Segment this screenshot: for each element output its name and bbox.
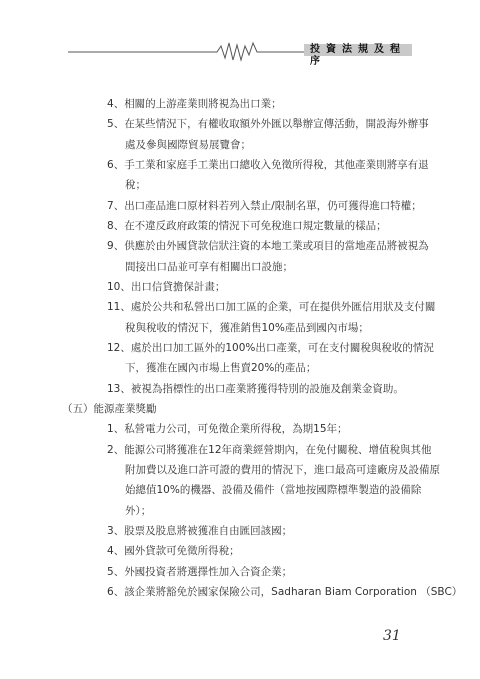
- list-item-continuation: 附加費以及進口許可證的費用的情況下，進口最高可達廠房及設備原: [125, 463, 440, 477]
- list-item-continuation: 稅與稅收的情況下，獲准銷售10%產品到國內市場；: [125, 321, 369, 335]
- list-item: 5、外國投資者將選擇性加入合資企業；: [107, 565, 292, 579]
- list-item: 2、能源公司將獲准在12年商業經營期內，在免付關稅、增值稅與其他: [107, 443, 432, 457]
- list-item: 8、在不違反政府政策的情況下可免稅進口規定數量的樣品；: [107, 219, 387, 233]
- list-item: 3、股票及股息將被獲准自由匯回該國；: [107, 524, 292, 538]
- list-item: 7、出口產品進口原材料若列入禁止/限制名單，仍可獲得進口特權；: [107, 199, 422, 213]
- section-label: 投資法規及程序: [304, 44, 412, 56]
- list-item-continuation: 間接出口品並可享有相關出口設施；: [125, 260, 293, 274]
- list-item: 5、在某些情況下，有權收取額外外匯以舉辦宣傳活動，開設海外辦事: [107, 117, 429, 131]
- list-item-continuation: 稅；: [125, 178, 146, 192]
- list-item: 11、處於公共和私營出口加工區的企業，可在提供外匯信用狀及支付關: [107, 300, 435, 314]
- list-item-continuation: 外）；: [125, 504, 151, 518]
- list-item-continuation: 下，獲准在國內市場上售賣20%的產品；: [125, 361, 316, 375]
- list-item-continuation: 始總值10%的機器、設備及備件（當地按國際標準製造的設備除: [125, 483, 421, 497]
- list-item: 1、私營電力公司，可免徵企業所得稅，為期15年；: [107, 422, 348, 436]
- list-item: 9、供應於由外國貸款信狀注資的本地工業或項目的當地產品將被視為: [107, 239, 429, 253]
- section-heading: （五）能源產業獎勵: [62, 402, 157, 416]
- list-item: 10、出口信貸擔保計畫；: [107, 280, 225, 294]
- list-item: 4、國外貸款可免徵所得稅；: [107, 544, 240, 558]
- list-item: 12、處於出口加工區外的100%出口產業，可在支付關稅與稅收的情況: [107, 341, 434, 355]
- list-item-continuation: 處及參與國際貿易展覽會；: [125, 138, 251, 152]
- zigzag-rule-icon: [0, 0, 480, 70]
- list-item: 4、相關的上游產業則將視為出口業；: [107, 97, 282, 111]
- list-item: 6、手工業和家庭手工業出口總收入免徵所得稅，其他產業則將享有退: [107, 158, 429, 172]
- list-item: 6、該企業將豁免於國家保險公司，Sadharan Biam Corporatio…: [107, 585, 462, 599]
- page-header: 投資法規及程序: [0, 0, 480, 70]
- list-item: 13、被視為指標性的出口產業將獲得特別的設施及創業金資助。: [107, 382, 404, 396]
- page-number: 31: [383, 628, 401, 644]
